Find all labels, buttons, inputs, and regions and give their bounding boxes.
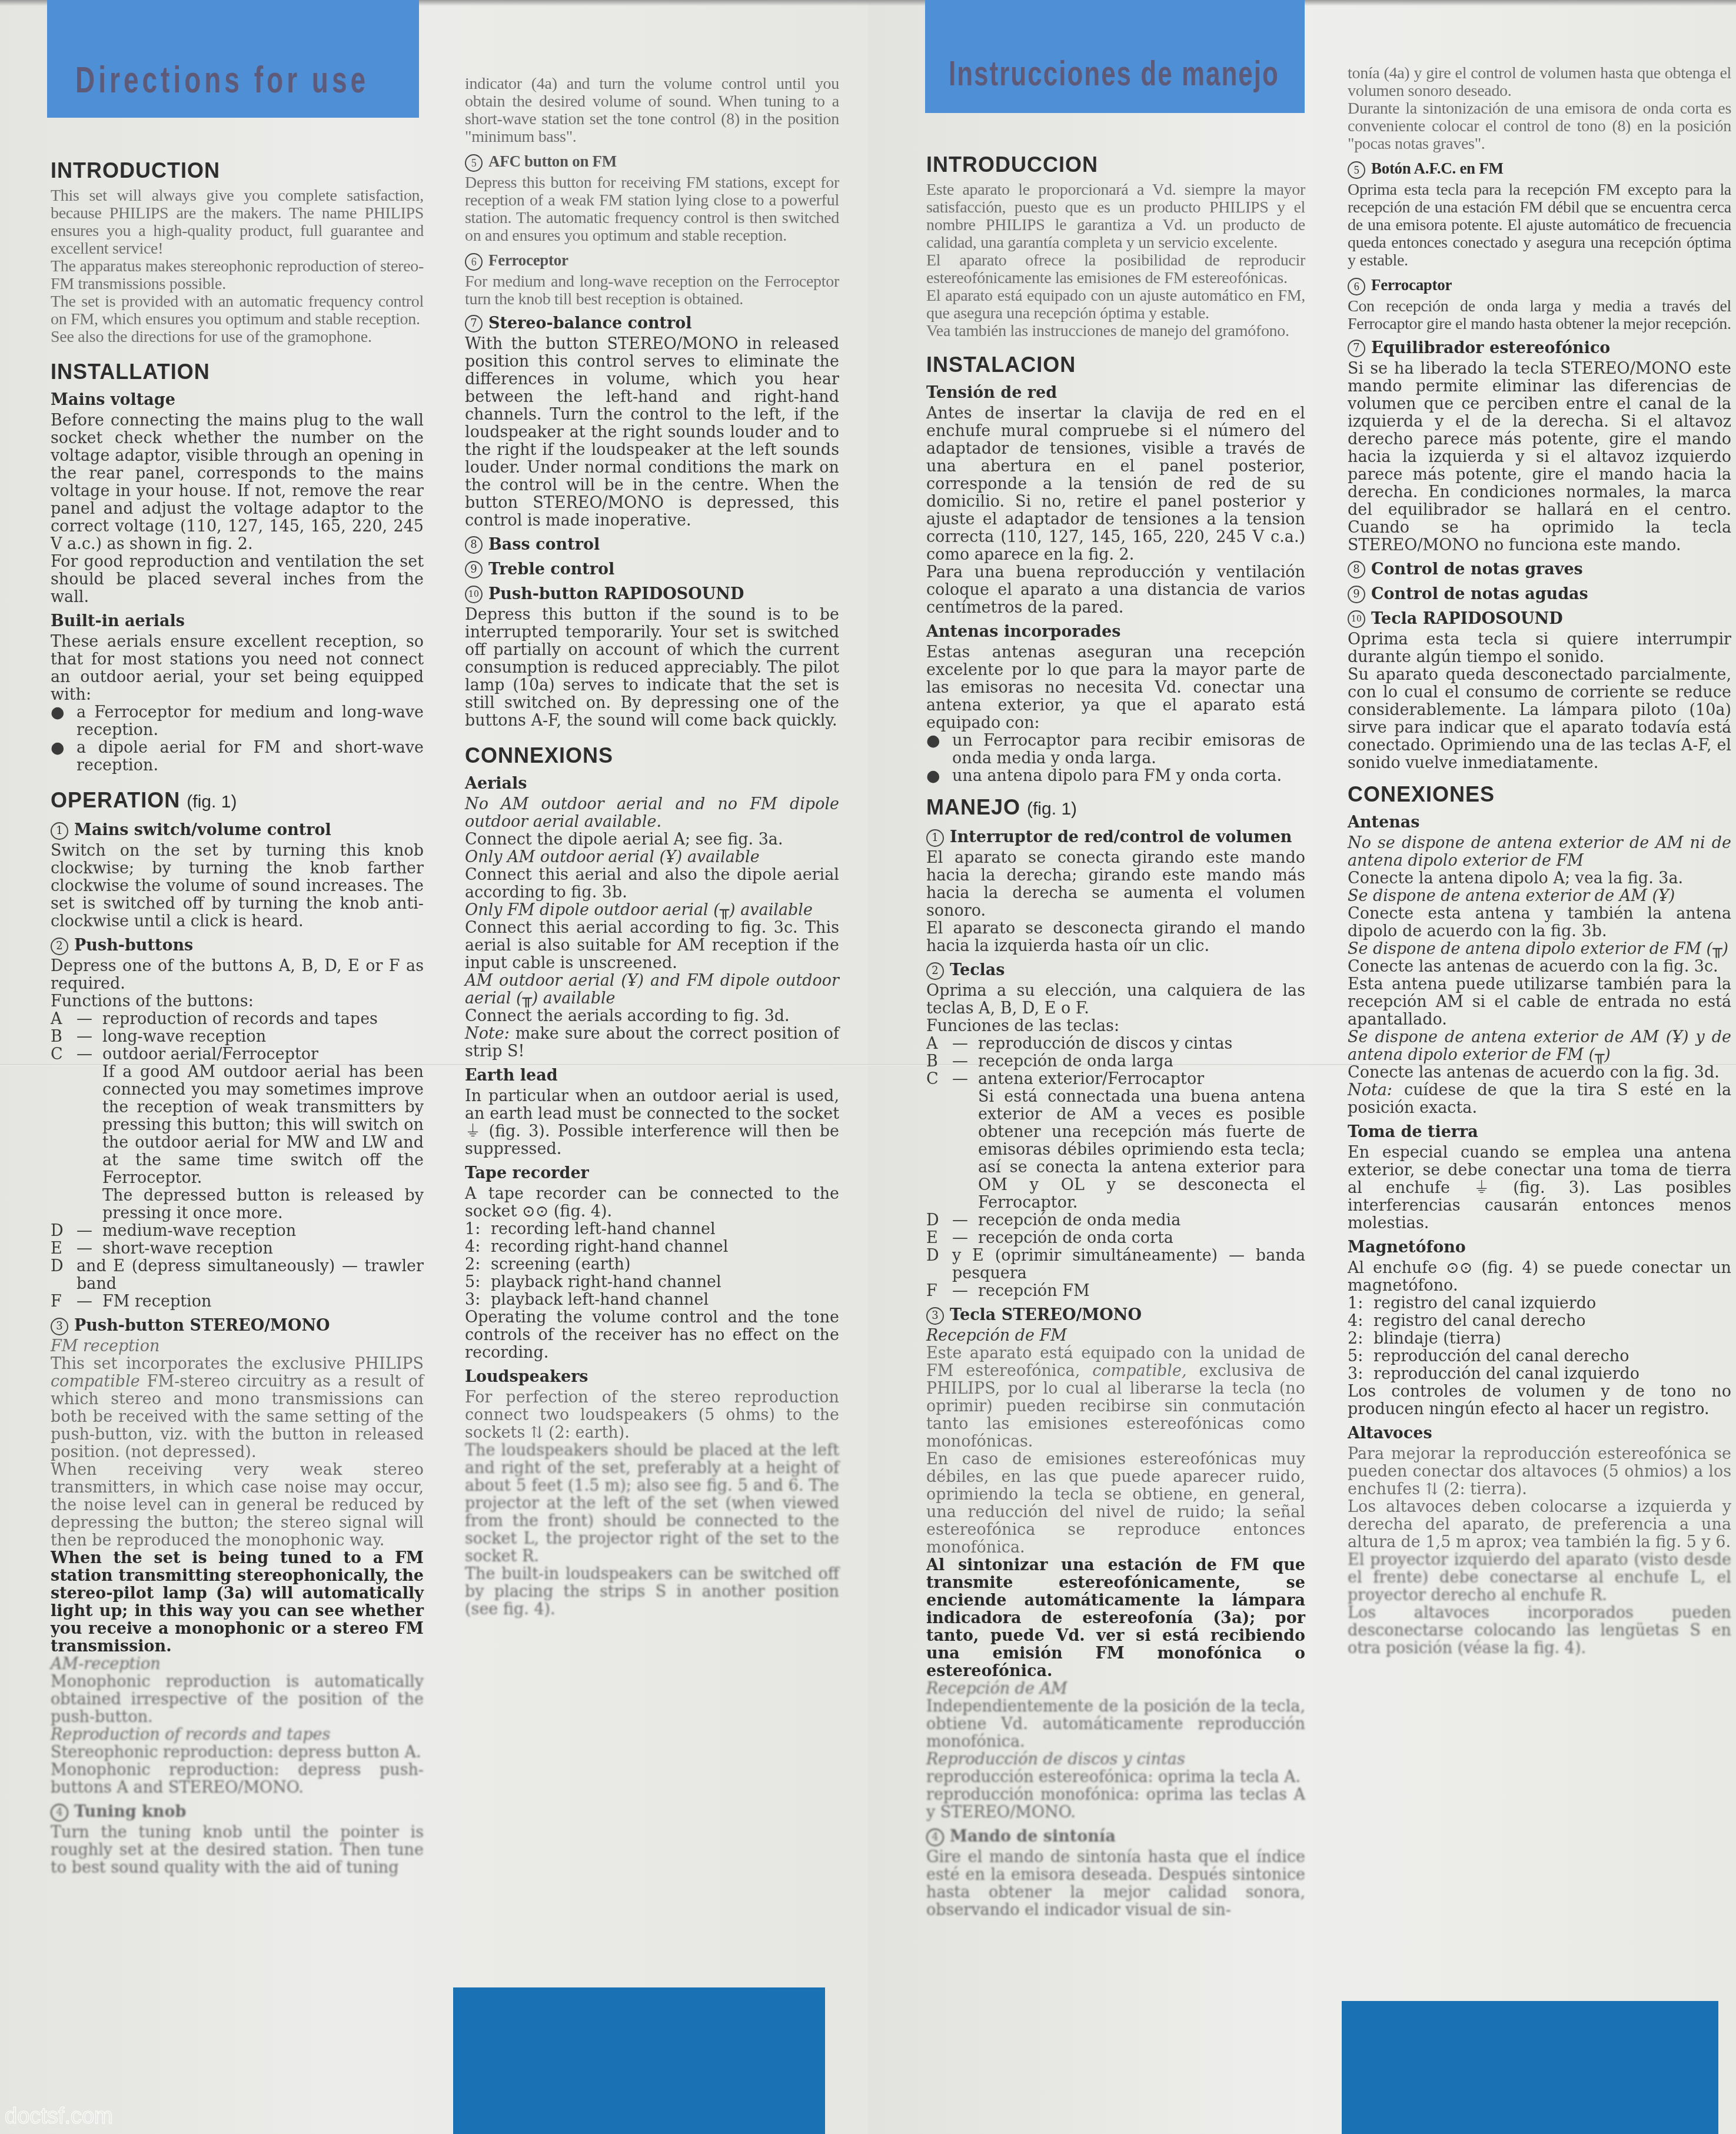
bullet-icon: ●: [926, 767, 952, 785]
aerial-case-text: Connect this aerial and also the dipole …: [465, 866, 839, 902]
operation-heading: OPERATION (fig. 1): [51, 787, 424, 815]
bullet-item: ●un Ferrocaptor para recibir emisoras de…: [926, 732, 1305, 767]
intro-paragraph: The apparatus makes stereophonic reprodu…: [51, 258, 424, 293]
section-text: Durante la sintonización de una emisora …: [1348, 100, 1731, 153]
tape-pin-row: 4:recording right-hand channel: [465, 1238, 839, 1256]
button-function-row: Dand E (depress simultaneously) — trawle…: [51, 1258, 424, 1293]
section-text: Oprima a su elección, una calquiera de l…: [926, 982, 1305, 1018]
records-label: Reproducción de discos y cintas: [926, 1751, 1305, 1769]
circled-number-icon: 6: [1348, 278, 1365, 295]
section-heading: 2Push-buttons: [51, 936, 424, 955]
aerial-case-text: Conecte las antenas de acuerdo con la fi…: [1348, 1064, 1731, 1082]
aerial-case-text: Esta antena puede utilizarse también par…: [1348, 976, 1731, 1029]
intro-heading: INTRODUCTION: [51, 158, 424, 184]
circled-number-icon: 8: [465, 536, 483, 554]
circled-number-icon: 4: [51, 1804, 68, 1821]
bullet-icon: ●: [51, 704, 77, 739]
aerials-heading: Antenas: [1348, 813, 1731, 832]
circled-number-icon: 6: [465, 253, 483, 271]
section-heading: 6Ferroceptor: [465, 251, 839, 271]
button-function-row: C—antena exterior/Ferrocaptor: [926, 1071, 1305, 1088]
fm-reception-label: Recepción de FM: [926, 1327, 1305, 1345]
circled-number-icon: 1: [926, 829, 944, 847]
section-text: Monophonic reproduction: depress push-bu…: [51, 1761, 424, 1797]
mains-voltage-text: Antes de insertar la clavija de red en e…: [926, 405, 1305, 564]
bullet-icon: ●: [51, 739, 77, 775]
functions-label: Funciones de las teclas:: [926, 1018, 1305, 1035]
builtin-aerials-heading: Built-in aerials: [51, 612, 424, 631]
button-function-row: F—FM reception: [51, 1293, 424, 1311]
intro-paragraph: See also the directions for use of the g…: [51, 328, 424, 346]
tape-pin-row: 2:screening (earth): [465, 1256, 839, 1274]
loudspeakers-text: Para mejorar la reproducción estereofóni…: [1348, 1445, 1731, 1498]
tape-pin-row: 1:registro del canal izquierdo: [1348, 1295, 1731, 1312]
spanish-footer-block: [1342, 2001, 1718, 2134]
bullet-item: ●una antena dipolo para FM y onda corta.: [926, 767, 1305, 785]
mains-voltage-text: Before connecting the mains plug to the …: [51, 412, 424, 553]
aerial-case-label: Se dispone de antena exterior de AM (Ұ) …: [1348, 1029, 1731, 1064]
button-function-row: E—recepción de onda corta: [926, 1229, 1305, 1247]
section-text: Monophonic reproduction is automatically…: [51, 1673, 424, 1726]
am-reception-label: Recepción de AM: [926, 1680, 1305, 1698]
aerials-heading: Aerials: [465, 775, 839, 793]
earth-lead-heading: Earth lead: [465, 1066, 839, 1085]
intro-paragraph: Este aparato le proporcionará a Vd. siem…: [926, 181, 1305, 252]
aerial-case-text: Conecte las antenas de acuerdo con la fi…: [1348, 958, 1731, 976]
intro-heading: INTRODUCCION: [926, 152, 1305, 178]
loudspeakers-text: The loudspeakers should be placed at the…: [465, 1442, 839, 1565]
section-text: El aparato se desconecta girando el mand…: [926, 920, 1305, 955]
loudspeakers-heading: Loudspeakers: [465, 1368, 839, 1387]
english-column-2: indicator (4a) and turn the volume contr…: [465, 75, 839, 1618]
section-heading: 4Tuning knob: [51, 1803, 424, 1821]
section-heading: 3Tecla STEREO/MONO: [926, 1306, 1305, 1325]
builtin-aerials-text: These aerials ensure excellent reception…: [51, 633, 424, 704]
section-text: tonía (4a) y gire el control de volumen …: [1348, 65, 1731, 100]
circled-number-icon: 2: [926, 962, 944, 980]
tape-pin-row: 1:recording left-hand channel: [465, 1221, 839, 1238]
section-text: Oprima esta tecla para la recepción FM e…: [1348, 181, 1731, 270]
builtin-aerials-heading: Antenas incorporades: [926, 623, 1305, 641]
section-text: Con recepción de onda larga y media a tr…: [1348, 298, 1731, 333]
operation-heading: MANEJO (fig. 1): [926, 795, 1305, 822]
section-heading: 1Interruptor de red/control de volumen: [926, 828, 1305, 847]
mains-voltage-heading: Tensión de red: [926, 384, 1305, 403]
tape-recorder-text: Al enchufe ⊙⊙ (fig. 4) se puede conectar…: [1348, 1259, 1731, 1295]
circled-number-icon: 5: [465, 154, 483, 172]
stereo-pilot-note: When the set is being tuned to a FM stat…: [51, 1550, 424, 1656]
button-function-row: Dy E (oprimir simultáneamente) — banda p…: [926, 1247, 1305, 1282]
aerial-case-text: Connect the aerials according to fig. 3d…: [465, 1008, 839, 1025]
tape-pin-row: 3:reproducción del canal izquierdo: [1348, 1365, 1731, 1383]
loudspeakers-text: Los altavoces incorporados pueden descon…: [1348, 1604, 1731, 1657]
section-heading: 6Ferrocaptor: [1348, 275, 1731, 295]
tape-recorder-text: Los controles de volumen y de tono no pr…: [1348, 1383, 1731, 1418]
section-text: Si se ha liberado la tecla STEREO/MONO e…: [1348, 360, 1731, 554]
stereo-pilot-note: Al sintonizar una estación de FM que tra…: [926, 1557, 1305, 1680]
section-heading: 2Teclas: [926, 961, 1305, 980]
section-heading: 10Tecla RAPIDOSOUND: [1348, 610, 1731, 629]
button-function-row: F—recepción FM: [926, 1282, 1305, 1300]
circled-number-icon: 4: [926, 1829, 944, 1846]
button-function-row: B—recepción de onda larga: [926, 1053, 1305, 1071]
section-text: Oprima esta tecla si quiere interrumpir …: [1348, 631, 1731, 666]
loudspeakers-text: Los altavoces deben colocarse a izquierd…: [1348, 1498, 1731, 1551]
section-heading: 1Mains switch/volume control: [51, 821, 424, 840]
intro-paragraph: Vea también las instrucciones de manejo …: [926, 323, 1305, 340]
fm-reception-label: FM reception: [51, 1338, 424, 1355]
section-heading: 7Stereo-balance control: [465, 314, 839, 333]
section-text: Independientemente de la posición de la …: [926, 1698, 1305, 1751]
tape-recorder-heading: Tape recorder: [465, 1164, 839, 1183]
circled-number-icon: 2: [51, 938, 68, 955]
section-heading: 10Push-button RAPIDOSOUND: [465, 585, 839, 604]
intro-paragraph: This set will always give you complete s…: [51, 187, 424, 258]
section-text: Su aparato queda desconectado parcialmen…: [1348, 666, 1731, 772]
button-c-note: The depressed button is released by pres…: [51, 1187, 424, 1222]
functions-label: Functions of the buttons:: [51, 993, 424, 1011]
circled-number-icon: 9: [1348, 586, 1365, 603]
button-function-row: A—reproduction of records and tapes: [51, 1011, 424, 1028]
section-text: Turn the tuning knob until the pointer i…: [51, 1824, 424, 1877]
loudspeakers-heading: Altavoces: [1348, 1424, 1731, 1443]
aerial-case-text: Conecte la antena dipolo A; vea la fig. …: [1348, 870, 1731, 887]
button-function-row: D—medium-wave reception: [51, 1222, 424, 1240]
section-text: Depress one of the buttons A, B, D, E or…: [51, 958, 424, 993]
intro-paragraph: El aparato ofrece la posibilidad de repr…: [926, 252, 1305, 287]
note-text: Note: make sure about the correct positi…: [465, 1025, 839, 1061]
installation-heading: INSTALLATION: [51, 359, 424, 385]
english-title-banner: Directions for use: [47, 0, 419, 118]
connexions-heading: CONEXIONES: [1348, 782, 1731, 807]
english-column-1: INTRODUCTION This set will always give y…: [51, 147, 424, 1877]
section-heading: 8Bass control: [465, 536, 839, 554]
section-text: Este aparato está equipado con la unidad…: [926, 1345, 1305, 1451]
section-text: This set incorporates the exclusive PHIL…: [51, 1355, 424, 1461]
circled-number-icon: 7: [1348, 340, 1365, 357]
bullet-item: ●a dipole aerial for FM and short-wave r…: [51, 739, 424, 775]
circled-number-icon: 9: [465, 561, 483, 579]
circled-number-icon: 1: [51, 822, 68, 840]
tape-pin-row: 4:registro del canal derecho: [1348, 1312, 1731, 1330]
loudspeakers-text: El proyector izquierdo del aparato (vist…: [1348, 1551, 1731, 1604]
english-title: Directions for use: [75, 58, 369, 101]
section-text: With the button STEREO/MONO in released …: [465, 335, 839, 530]
aerial-case-label: Se dispone de antena dipolo exterior de …: [1348, 940, 1731, 958]
earth-lead-text: In particular when an outdoor aerial is …: [465, 1088, 839, 1158]
section-text: When receiving very weak stereo transmit…: [51, 1461, 424, 1550]
circled-number-icon: 8: [1348, 561, 1365, 579]
circled-number-icon: 10: [465, 586, 483, 603]
circled-number-icon: 7: [465, 315, 483, 333]
aerial-case-label: AM outdoor aerial (Ұ) and FM dipole outd…: [465, 972, 839, 1008]
circled-number-icon: 3: [926, 1307, 944, 1325]
records-label: Reproduction of records and tapes: [51, 1726, 424, 1744]
section-text: reproducción monofónica: oprima las tecl…: [926, 1786, 1305, 1821]
button-function-row: B—long-wave reception: [51, 1028, 424, 1046]
button-function-row: A—reproducción de discos y cintas: [926, 1035, 1305, 1053]
section-text: Stereophonic reproduction: depress butto…: [51, 1744, 424, 1761]
tape-recorder-text: A tape recorder can be connected to the …: [465, 1185, 839, 1221]
bullet-icon: ●: [926, 732, 952, 767]
installation-heading: INSTALACION: [926, 352, 1305, 378]
mains-voltage-text: Para una buena reproducción y ventilació…: [926, 564, 1305, 617]
loudspeakers-text: For perfection of the stereo reproductio…: [465, 1389, 839, 1442]
tape-pin-row: 5:reproducción del canal derecho: [1348, 1348, 1731, 1365]
section-heading: 9Treble control: [465, 560, 839, 579]
button-c-note: Si está connectada una buena antena exte…: [926, 1088, 1305, 1212]
intro-paragraph: The set is provided with an automatic fr…: [51, 293, 424, 328]
section-heading: 5AFC button on FM: [465, 152, 839, 172]
section-heading: 7Equilibrador estereofónico: [1348, 339, 1731, 358]
english-footer-block: [453, 1987, 825, 2134]
note-text: Nota: cuídese de que la tira S esté en l…: [1348, 1082, 1731, 1117]
spanish-column-1: INTRODUCCION Este aparato le proporciona…: [926, 141, 1305, 1919]
aerial-case-label: Only FM dipole outdoor aerial (╥) availa…: [465, 902, 839, 919]
spanish-title: Instrucciones de manejo: [949, 55, 1279, 95]
connexions-heading: CONNEXIONS: [465, 743, 839, 769]
section-text: reproducción estereofónica: oprima la te…: [926, 1769, 1305, 1786]
aerial-case-label: No se dispone de antena exterior de AM n…: [1348, 835, 1731, 870]
aerial-case-text: Connect the dipole aerial A; see fig. 3a…: [465, 831, 839, 849]
section-heading: 5Botón A.F.C. en FM: [1348, 159, 1731, 179]
button-c-note: If a good AM outdoor aerial has been con…: [51, 1063, 424, 1187]
section-heading: 4Mando de sintonía: [926, 1827, 1305, 1846]
section-text: Depress this button for receiving FM sta…: [465, 174, 839, 245]
mains-voltage-heading: Mains voltage: [51, 391, 424, 410]
button-function-row: D—recepción de onda media: [926, 1212, 1305, 1229]
aerial-case-label: Se dispone de antena exterior de AM (Ұ): [1348, 887, 1731, 905]
button-function-row: E—short-wave reception: [51, 1240, 424, 1258]
section-heading: 8Control de notas graves: [1348, 560, 1731, 579]
aerial-case-label: No AM outdoor aerial and no FM dipole ou…: [465, 796, 839, 831]
circled-number-icon: 3: [51, 1318, 68, 1335]
button-function-row: C—outdoor aerial/Ferroceptor: [51, 1046, 424, 1063]
section-text: Depress this button if the sound is to b…: [465, 606, 839, 730]
am-reception-label: AM-reception: [51, 1656, 424, 1673]
circled-number-icon: 10: [1348, 610, 1365, 628]
intro-paragraph: El aparato está equipado con un ajuste a…: [926, 287, 1305, 323]
section-text: El aparato se conecta girando este mando…: [926, 849, 1305, 920]
aerial-case-text: Conecte esta antena y también la antena …: [1348, 905, 1731, 940]
aerial-case-label: Only AM outdoor aerial (Ұ) available: [465, 849, 839, 866]
tape-pin-row: 3:playback left-hand channel: [465, 1291, 839, 1309]
tape-pin-row: 5:playback right-hand channel: [465, 1274, 839, 1291]
section-text: indicator (4a) and turn the volume contr…: [465, 75, 839, 146]
section-text: For medium and long-wave reception on th…: [465, 273, 839, 308]
tape-recorder-text: Operating the volume control and the ton…: [465, 1309, 839, 1362]
watermark: doctsf.com: [5, 2104, 113, 2129]
mains-voltage-text: For good reproduction and ventilation th…: [51, 553, 424, 606]
tape-pin-row: 2:blindaje (tierra): [1348, 1330, 1731, 1348]
tape-recorder-heading: Magnetófono: [1348, 1238, 1731, 1257]
aerial-case-text: Connect this aerial according to fig. 3c…: [465, 919, 839, 972]
section-text: Gire el mando de sintonía hasta que el í…: [926, 1849, 1305, 1919]
section-text: Switch on the set by turning this knob c…: [51, 842, 424, 930]
section-text: En caso de emisiones estereofónicas muy …: [926, 1451, 1305, 1557]
circled-number-icon: 5: [1348, 161, 1365, 179]
bullet-item: ●a Ferroceptor for medium and long-wave …: [51, 704, 424, 739]
section-heading: 9Control de notas agudas: [1348, 585, 1731, 604]
spanish-title-banner: Instrucciones de manejo: [925, 0, 1305, 113]
builtin-aerials-text: Estas antenas aseguran una recepción exc…: [926, 644, 1305, 732]
spanish-column-2: tonía (4a) y gire el control de volumen …: [1348, 65, 1731, 1657]
loudspeakers-text: The built-in loudspeakers can be switche…: [465, 1565, 839, 1618]
section-heading: 3Push-button STEREO/MONO: [51, 1317, 424, 1335]
earth-lead-text: En especial cuando se emplea una antena …: [1348, 1144, 1731, 1232]
earth-lead-heading: Toma de tierra: [1348, 1123, 1731, 1142]
